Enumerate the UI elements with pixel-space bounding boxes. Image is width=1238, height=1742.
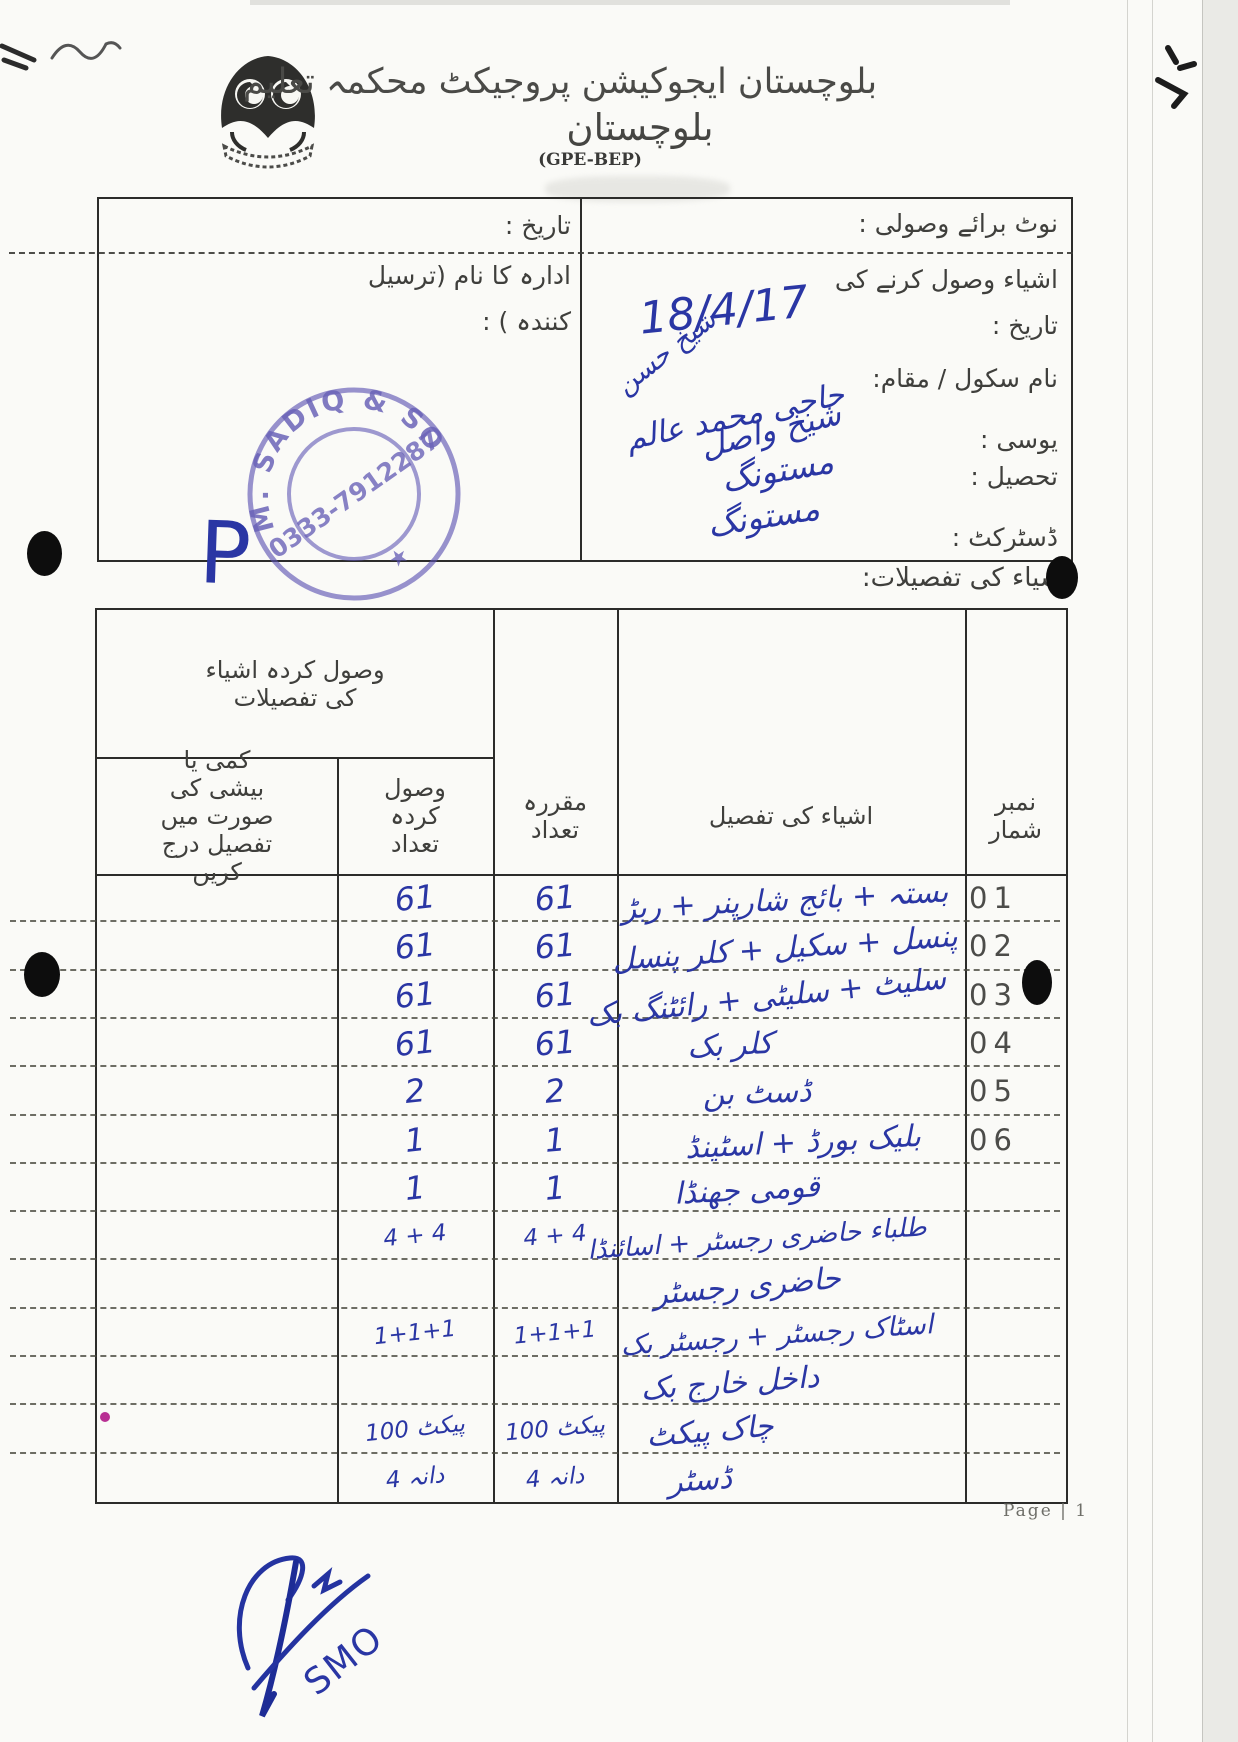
col-header-serial: نمبر شمار [965,757,1066,874]
scan-edge-smudge [250,0,1010,5]
col-header-remarks: کمی یا بیشی کی صورت میں تفصیل درج کریں [97,757,337,874]
receipt-info-box: نوٹ برائے وصولی : اشیاء وصول کرنے کی تار… [97,197,1073,562]
col-header-received-qty: وصول کردہ تعداد [337,757,493,874]
date-label: تاریخ : [109,211,571,240]
table-row: چاک پیکٹ 100 پیکٹ 100 پیکٹ [97,1405,1066,1453]
punch-hole [1022,960,1052,1005]
table-row: ڈسٹر 4 دانہ 4 دانہ [97,1454,1066,1502]
items-details-heading: اشیاء کی تفصیلات: [97,563,1069,593]
table-header-row: کمی یا بیشی کی صورت میں تفصیل درج کریں و… [97,757,1066,876]
items-receive-label: اشیاء وصول کرنے کی [580,265,1068,294]
row-serial-number: 02 [969,922,1061,970]
row-serial-number: 05 [969,1067,1061,1115]
items-table: وصول کردہ اشیاء کی تفصیلات کمی یا بیشی ک… [95,608,1068,1504]
table-row: داخل خارج بک [97,1357,1066,1405]
col-header-item-detail: اشیاء کی تفصیل [617,757,965,874]
scan-margin-strip [1202,0,1238,1742]
paper-fold-line [1127,0,1128,1742]
punch-hole [24,952,60,997]
table-row: 04 کلر بک 61 61 [97,1019,1066,1067]
page-number-label: Page | 1 [1003,1501,1088,1521]
sender-institution-label-line2: کنندہ ) : [109,307,571,336]
sender-institution-label-line1: ادارہ کا نام (ترسیل [109,261,571,290]
pink-ink-dot [100,1412,110,1422]
punch-hole [1046,556,1078,599]
table-row: 05 ڈسٹ بن 2 2 [97,1067,1066,1115]
col-header-fixed-qty: مقررہ تعداد [493,757,617,874]
project-acronym: (GPE-BEP) [430,150,750,170]
table-row: 03 سلیٹ + سلیٹی + رائٹنگ بک 61 61 [97,971,1066,1019]
table-row: اسٹاک رجسٹر + رجسٹر بک 1+1+1 1+1+1 [97,1309,1066,1357]
staple-mark [1140,40,1210,120]
punch-hole [27,531,62,576]
sadiq-and-sons-stamp: M. SADIQ & SONS 0333-7912287 ★ [194,334,514,654]
row-serial-number: 01 [969,874,1061,922]
note-for-receipt-label: نوٹ برائے وصولی : [580,209,1068,238]
row-received-qty-handwritten: 4 دانہ [335,1446,495,1510]
received-items-merged-header: وصول کردہ اشیاء کی تفصیلات [97,610,493,759]
document-title-line2: بلوچستان [380,106,900,149]
scanned-document-page: بلوچستان ایجوکیشن پروجیکٹ محکمہ تعلیم بل… [0,0,1238,1742]
row-fixed-qty-handwritten: 4 دانہ [491,1448,619,1507]
paper-fold-line [1152,0,1153,1742]
box-row-divider [9,252,1073,254]
district-label: ڈسٹرکٹ : [580,523,1068,552]
row-serial-number: 04 [969,1019,1061,1067]
document-title-line1: بلوچستان ایجوکیشن پروجیکٹ محکمہ تعلیم [100,62,1020,102]
